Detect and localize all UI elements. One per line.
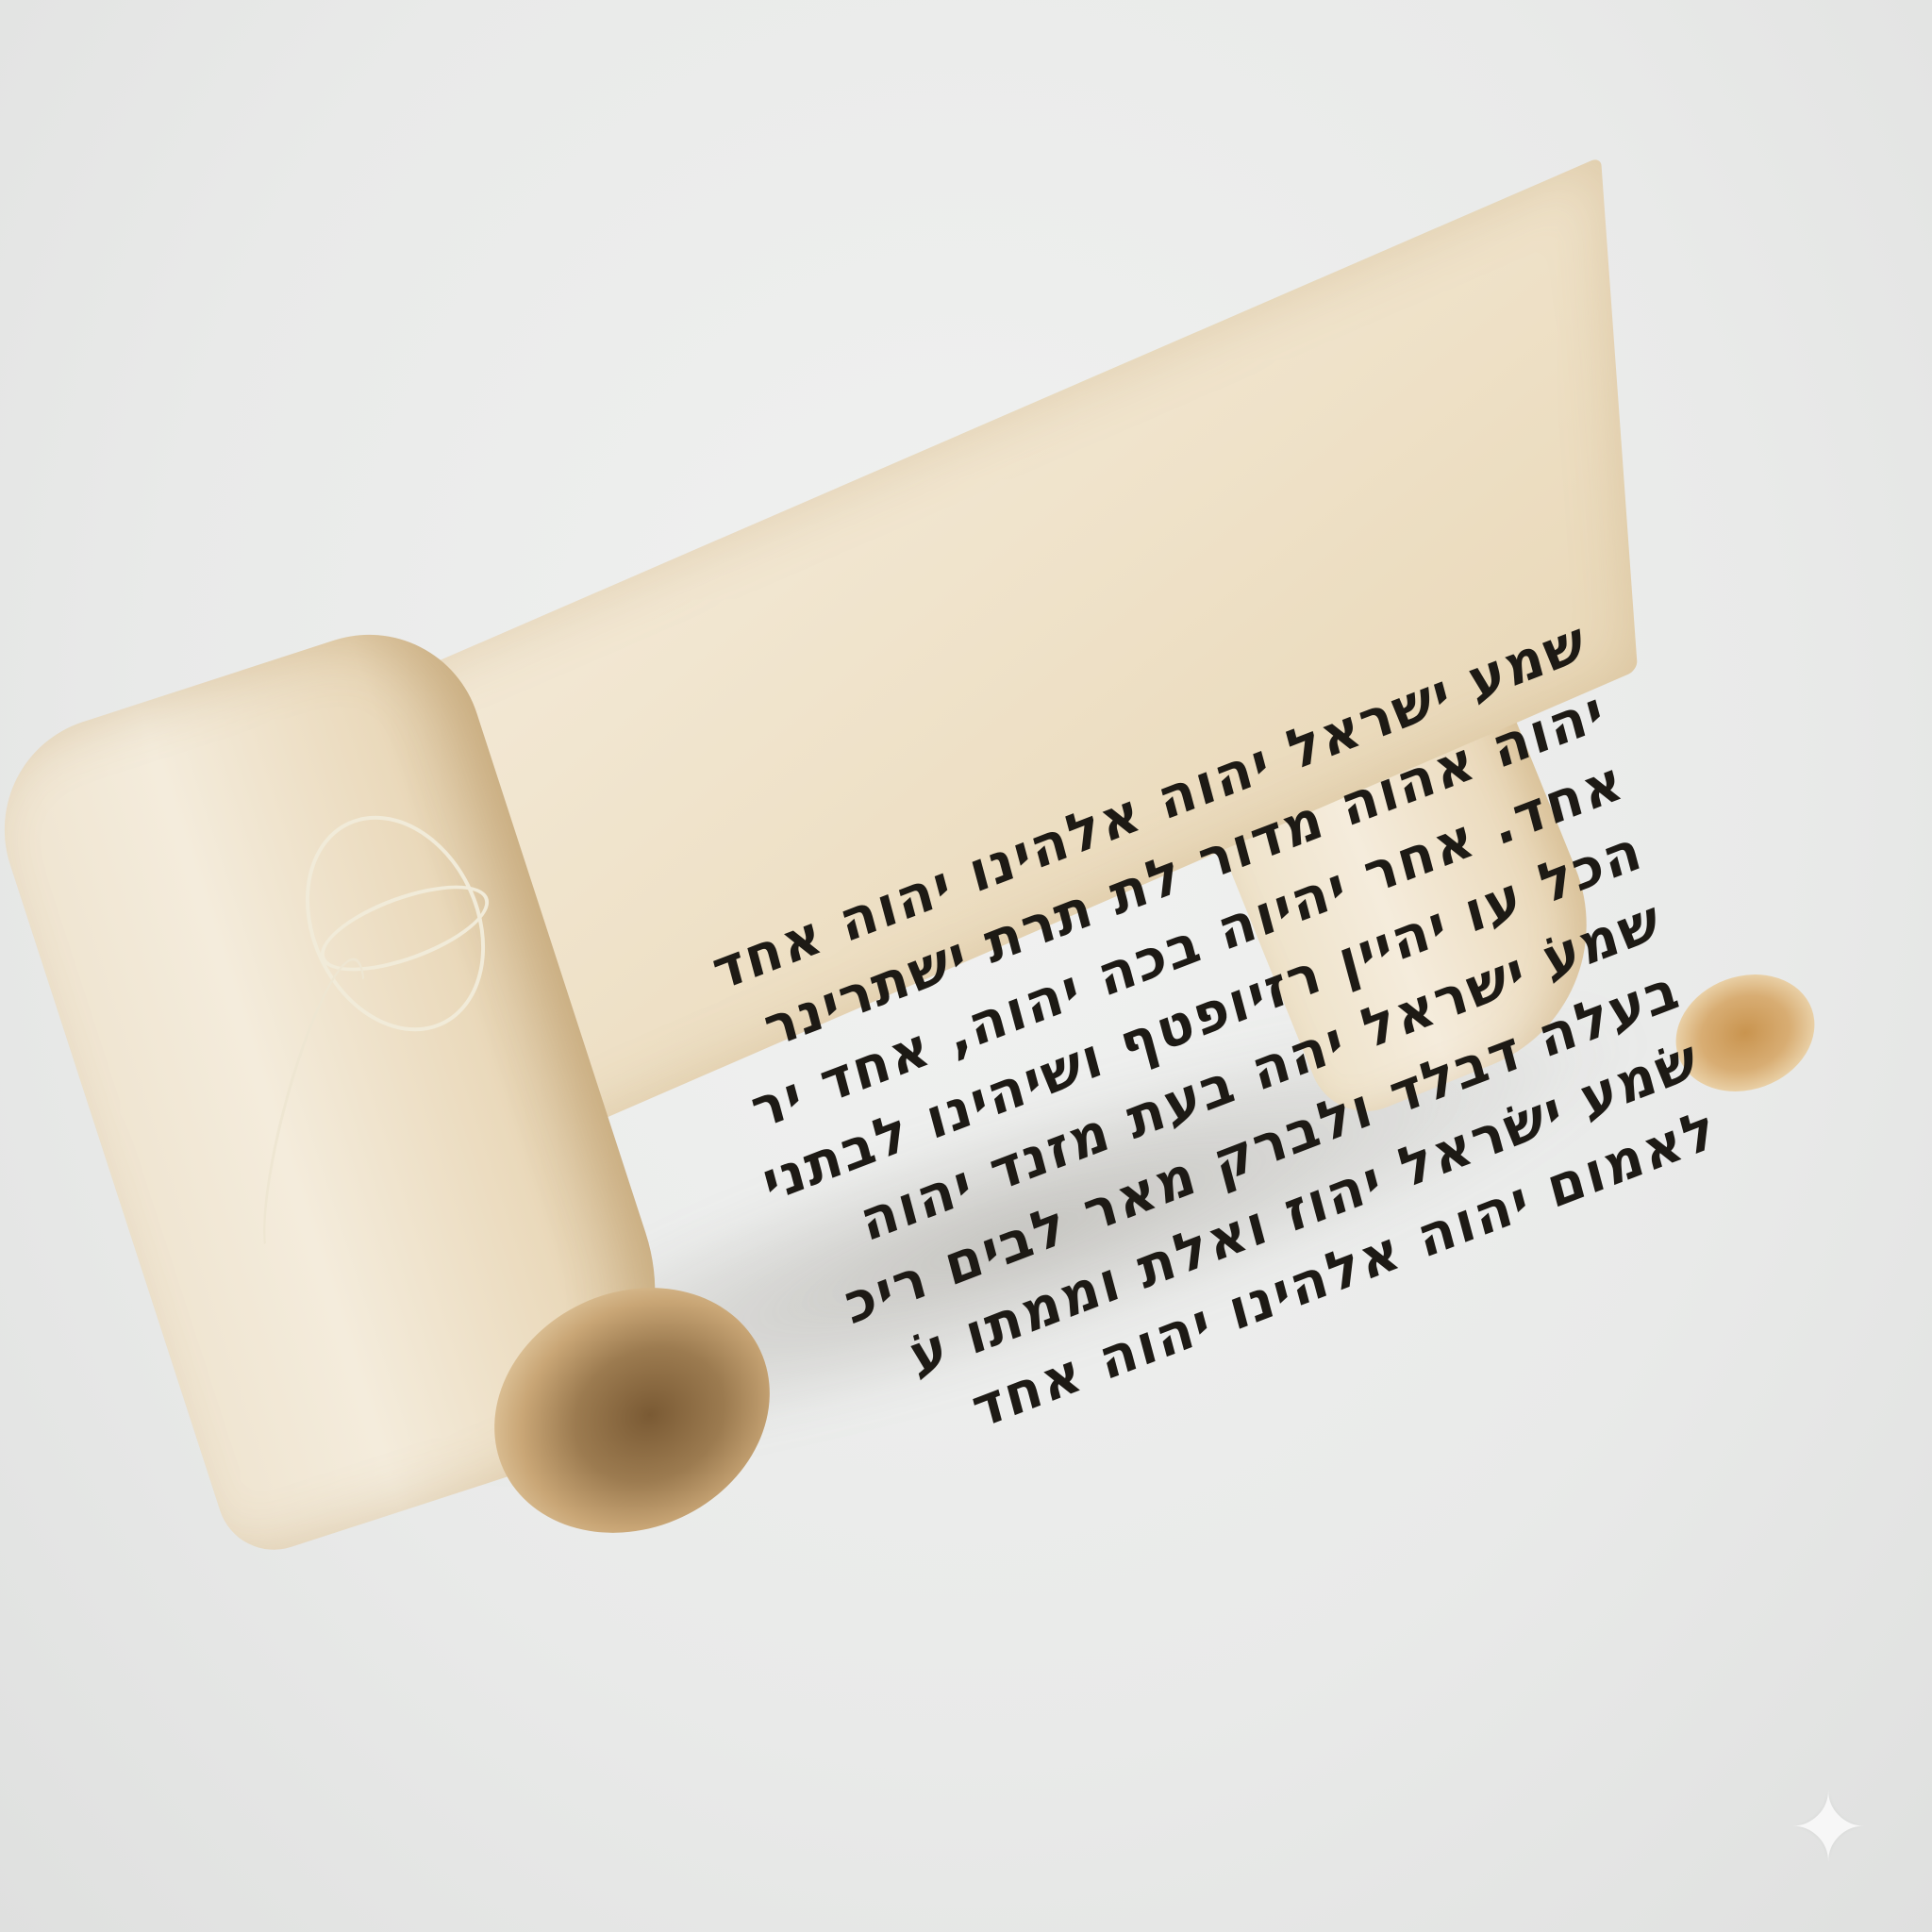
photo-scene: שמע ישראל יהוה אלהינו יהוה אחד יהוה אהוה…	[0, 0, 1932, 1932]
sparkle-icon: ✦	[1781, 1781, 1875, 1875]
